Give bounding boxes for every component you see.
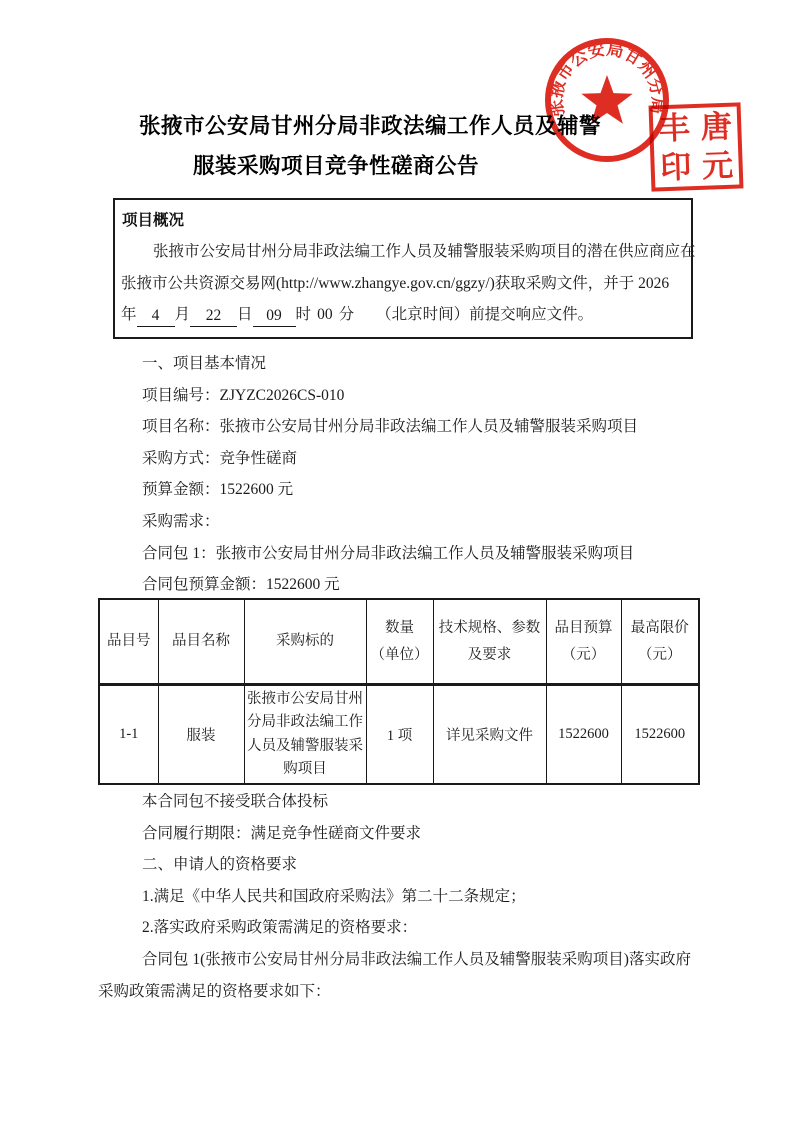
body-line: 合同履行期限：满足竞争性磋商文件要求	[98, 818, 710, 850]
cell-item-budget: 1522600	[546, 685, 621, 785]
body-line: 项目名称：张掖市公安局甘州分局非政法编工作人员及辅警服装采购项目	[98, 411, 710, 443]
procurement-items-table: 品目号 品目名称 采购标的 数量 （单位） 技术规格、参数 及要求 品目预算 （…	[98, 598, 700, 785]
header-quantity: 数量 （单位）	[366, 599, 433, 685]
deadline-hour-label: 时	[296, 306, 312, 323]
deadline-month-value: 4	[137, 304, 175, 327]
deadline-year-label: 年	[121, 306, 137, 323]
cell-procurement-target: 张掖市公安局甘州分局非政法编工作人员及辅警服装采购项目	[244, 685, 366, 785]
square-name-seal: 丰 唐 印 元	[649, 102, 744, 191]
header-tech-specs: 技术规格、参数 及要求	[433, 599, 546, 685]
document-page: 张掖市公安局甘州分局非政法编工作人员及辅警 服装采购项目竞争性磋商公告 项目概况…	[0, 0, 793, 1122]
header-item-name: 品目名称	[158, 599, 244, 685]
cell-tech-specs: 详见采购文件	[433, 685, 546, 785]
body-line: 2.落实政府采购政策需满足的资格要求：	[98, 912, 710, 944]
body-line: 合同包预算金额：1522600 元	[98, 569, 710, 601]
body-line: 项目编号：ZJYZC2026CS-010	[98, 380, 710, 412]
cell-max-price: 1522600	[621, 685, 699, 785]
body-line: 一、项目基本情况	[98, 348, 710, 380]
project-overview-box: 项目概况 张掖市公安局甘州分局非政法编工作人员及辅警服装采购项目的潜在供应商应在…	[113, 198, 693, 339]
section-applicant-qualifications: 本合同包不接受联合体投标 合同履行期限：满足竞争性磋商文件要求 二、申请人的资格…	[98, 786, 710, 1007]
body-line: 1.满足《中华人民共和国政府采购法》第二十二条规定；	[98, 881, 710, 913]
cell-item-no: 1-1	[99, 685, 158, 785]
body-line: 采购政策需满足的资格要求如下：	[98, 976, 710, 1008]
table-header-row: 品目号 品目名称 采购标的 数量 （单位） 技术规格、参数 及要求 品目预算 （…	[99, 599, 699, 685]
header-item-no: 品目号	[99, 599, 158, 685]
deadline-month-label: 月	[175, 306, 191, 323]
seal-char: 丰	[653, 108, 696, 148]
deadline-minute-label: 分	[339, 306, 355, 323]
body-line: 采购需求：	[98, 506, 710, 538]
header-max-price: 最高限价 （元）	[621, 599, 699, 685]
section-basic-info: 一、项目基本情况 项目编号：ZJYZC2026CS-010 项目名称：张掖市公安…	[98, 348, 710, 601]
deadline-tail-text: （北京时间）前提交响应文件。	[376, 306, 593, 323]
overview-deadline-line: 年4月22日09时00分（北京时间）前提交响应文件。	[115, 299, 691, 331]
overview-heading: 项目概况	[122, 208, 691, 230]
cell-item-name: 服装	[158, 685, 244, 785]
seal-char: 元	[696, 146, 739, 186]
body-line: 采购方式：竞争性磋商	[98, 443, 710, 475]
cell-quantity: 1 项	[366, 685, 433, 785]
deadline-minute-value: 00	[317, 306, 333, 323]
body-line: 合同包 1(张掖市公安局甘州分局非政法编工作人员及辅警服装采购项目)落实政府	[98, 944, 710, 976]
overview-paragraph-line-2: 张掖市公共资源交易网(http://www.zhangye.gov.cn/ggz…	[115, 268, 691, 300]
overview-paragraph-line-1: 张掖市公安局甘州分局非政法编工作人员及辅警服装采购项目的潜在供应商应在	[115, 236, 691, 268]
star-icon	[581, 75, 632, 124]
deadline-day-value: 22	[190, 304, 237, 327]
body-line: 本合同包不接受联合体投标	[98, 786, 710, 818]
body-line: 合同包 1：张掖市公安局甘州分局非政法编工作人员及辅警服装采购项目	[98, 538, 710, 570]
deadline-hour-value: 09	[253, 304, 296, 327]
header-item-budget: 品目预算 （元）	[546, 599, 621, 685]
header-procurement-target: 采购标的	[244, 599, 366, 685]
body-line: 预算金额：1522600 元	[98, 474, 710, 506]
seal-char: 印	[654, 147, 697, 187]
seal-char: 唐	[695, 107, 738, 147]
deadline-day-label: 日	[237, 306, 253, 323]
body-line: 二、申请人的资格要求	[98, 849, 710, 881]
table-row: 1-1 服装 张掖市公安局甘州分局非政法编工作人员及辅警服装采购项目 1 项 详…	[99, 685, 699, 785]
